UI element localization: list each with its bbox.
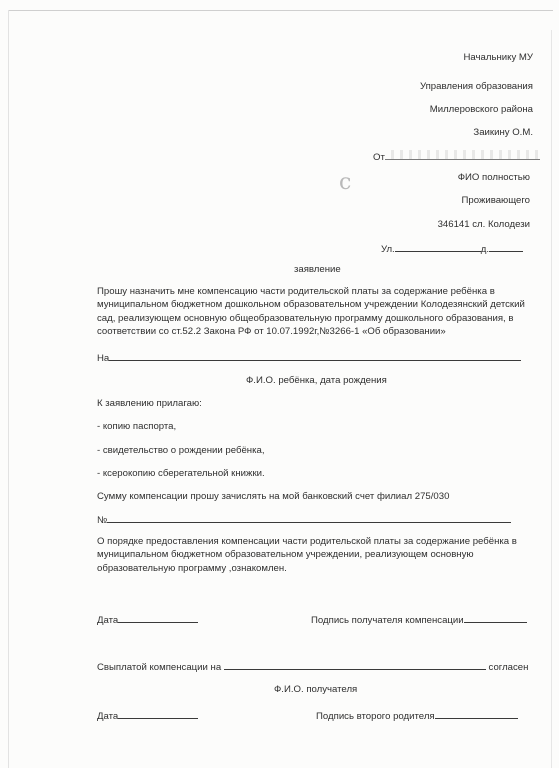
scan-edge-right [551,30,552,768]
ack-line-3: образовательную программу ,ознакомлен. [97,562,537,575]
addressee-line-3: Миллеровского района [430,104,533,116]
addressee-line-1: Начальнику МУ [464,52,534,64]
signature-label-second-parent: Подпись второго родителя [316,711,435,722]
bank-text: Сумму компенсации прошу зачислять на мой… [97,491,449,503]
consent-prefix: Свыплатой компенсации на [97,662,221,673]
signature-field-second-parent[interactable]: Подпись второго родителя [316,709,518,723]
residing-label: Проживающего [461,195,530,207]
addressee-line-4: Заикину О.М. [473,127,533,139]
date-field-1[interactable]: Дата [97,613,198,627]
request-line-3: сад, реализующем основную общеобразовате… [97,312,537,325]
consent-caption: Ф.И.О. получателя [274,684,357,696]
ack-line-1: О порядке предоставления компенсации час… [97,535,537,548]
request-paragraph: Прошу назначить мне компенсацию части ро… [97,285,537,338]
scanned-page: Начальнику МУ Управления образования Мил… [0,0,559,768]
date-input-line-2[interactable] [118,709,198,719]
street-input-line[interactable] [395,242,481,252]
child-field[interactable]: На [97,351,521,365]
consent-suffix: согласен [489,662,529,673]
stray-handwritten-mark: с [339,170,351,195]
addressee-line-2: Управления образования [420,81,533,93]
ack-line-2: муниципальном бюджетном образовательном … [97,548,537,561]
attachments-heading: К заявлению прилагаю: [97,398,202,410]
date-field-2[interactable]: Дата [97,709,198,723]
signature-input-line-second-parent[interactable] [435,709,518,719]
fio-caption: ФИО полностью [458,172,530,184]
from-label: От [373,152,385,163]
child-field-caption: Ф.И.О. ребёнка, дата рождения [246,375,387,387]
request-line-2: муниципальном бюджетном дошкольном образ… [97,298,537,311]
child-input-line[interactable] [109,351,521,361]
house-input-line[interactable] [489,242,523,252]
document-title: заявление [294,264,341,276]
from-value-redacted[interactable] [385,150,540,160]
attachment-item: - копию паспорта, [97,421,176,433]
account-field[interactable]: № [97,513,511,527]
house-label: д. [481,244,489,255]
scan-edge-top [8,10,553,11]
signature-input-line-recipient[interactable] [464,613,527,623]
acknowledgement-paragraph: О порядке предоставления компенсации час… [97,535,537,575]
child-field-label: На [97,353,109,364]
account-label: № [97,515,107,526]
date-input-line-1[interactable] [118,613,198,623]
attachment-item: - свидетельство о рождении ребёнка, [97,445,265,457]
account-input-line[interactable] [107,513,511,523]
request-line-1: Прошу назначить мне компенсацию части ро… [97,285,537,298]
consent-field[interactable]: Свыплатой компенсации на согласен [97,660,528,674]
request-line-4: соответствии со ст.52.2 Закона РФ от 10.… [97,325,537,338]
from-field[interactable]: От [373,150,540,164]
attachment-item: - ксерокопию сберегательной книжки. [97,468,265,480]
date-label-1: Дата [97,615,118,626]
date-label-2: Дата [97,711,118,722]
signature-label-recipient: Подпись получателя компенсации [311,615,464,626]
address-field[interactable]: Ул.д. [381,242,523,256]
street-label: Ул. [381,244,395,255]
scan-edge-left [8,10,9,768]
locality: 346141 сл. Колодези [438,219,530,231]
consent-input-line[interactable] [224,660,486,670]
signature-field-recipient[interactable]: Подпись получателя компенсации [311,613,527,627]
